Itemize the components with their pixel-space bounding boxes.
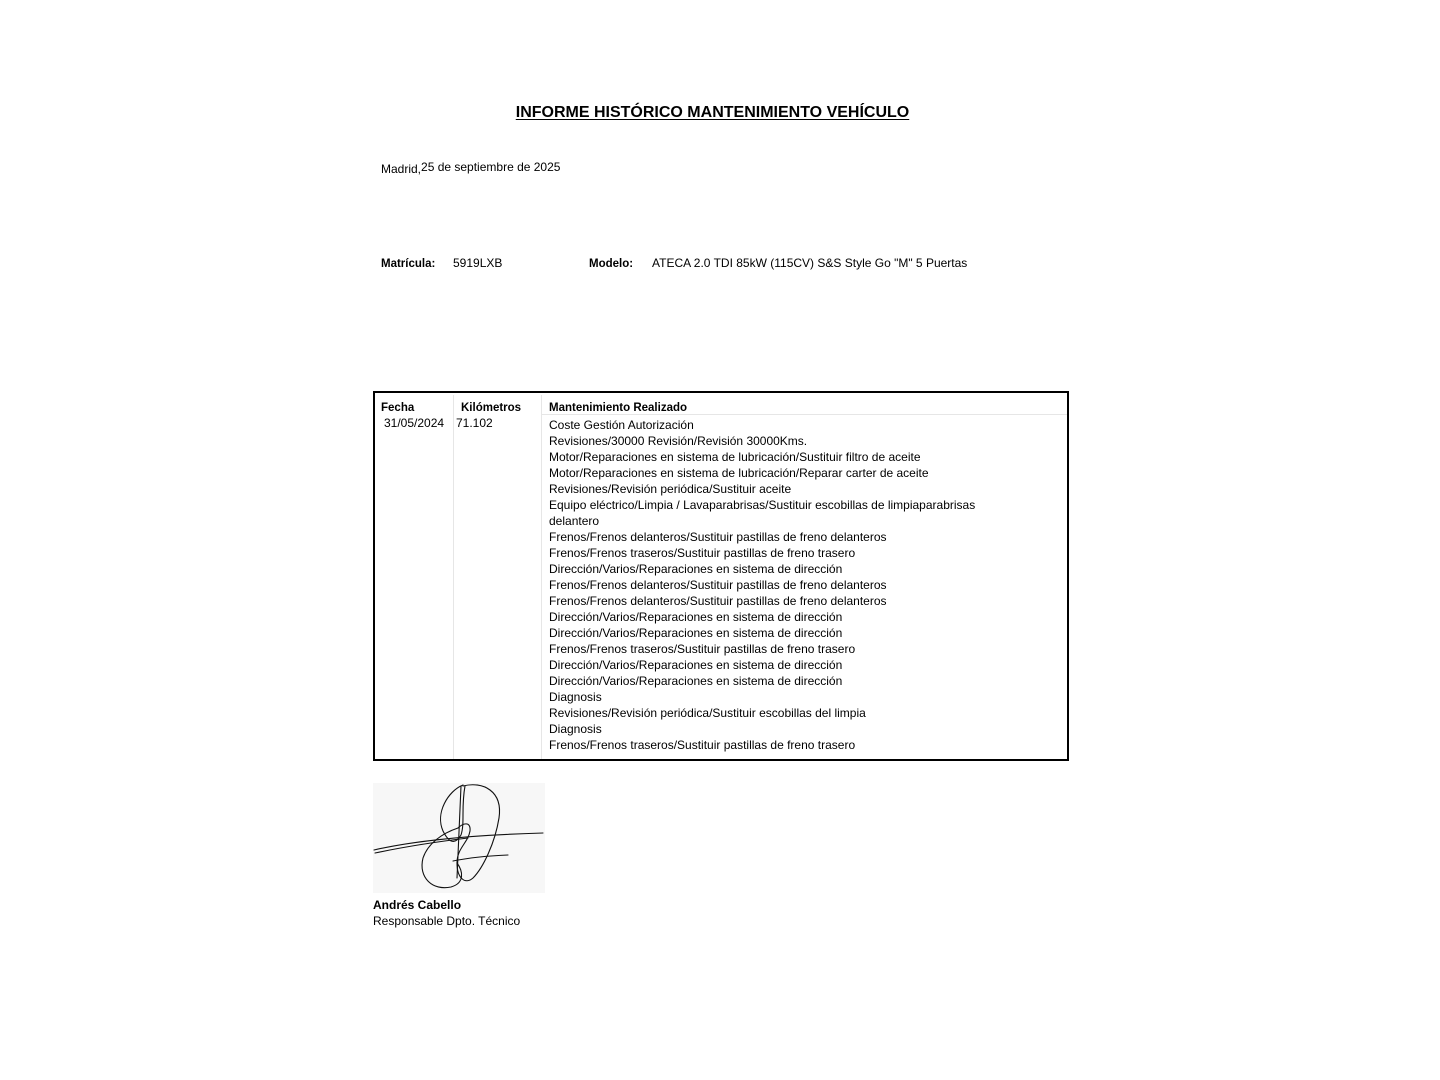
city: Madrid, xyxy=(381,162,421,176)
header-divider xyxy=(541,414,1067,415)
maintenance-item: Dirección/Varios/Reparaciones en sistema… xyxy=(549,625,975,641)
header-date: Fecha xyxy=(381,402,414,414)
header-km: Kilómetros xyxy=(461,402,521,414)
maintenance-item: Diagnosis xyxy=(549,689,975,705)
maintenance-item: Revisiones/Revisión periódica/Sustituir … xyxy=(549,481,975,497)
maintenance-item: Coste Gestión Autorización xyxy=(549,417,975,433)
signer-name: Andrés Cabello xyxy=(373,898,461,912)
maintenance-item: Revisiones/30000 Revisión/Revisión 30000… xyxy=(549,433,975,449)
maintenance-item: Frenos/Frenos delanteros/Sustituir pasti… xyxy=(549,577,975,593)
maintenance-item: Frenos/Frenos delanteros/Sustituir pasti… xyxy=(549,593,975,609)
model-label: Modelo: xyxy=(589,258,633,270)
maintenance-item: Frenos/Frenos delanteros/Sustituir pasti… xyxy=(549,529,975,545)
maintenance-item: Motor/Reparaciones en sistema de lubrica… xyxy=(549,465,975,481)
maintenance-item: Dirección/Varios/Reparaciones en sistema… xyxy=(549,673,975,689)
document-title: INFORME HISTÓRICO MANTENIMIENTO VEHÍCULO xyxy=(0,104,1425,122)
column-divider xyxy=(453,395,454,759)
column-divider xyxy=(541,395,542,759)
row-km: 71.102 xyxy=(456,416,493,430)
signature-icon xyxy=(373,783,545,893)
plate-value: 5919LXB xyxy=(453,256,502,270)
maintenance-item: Diagnosis xyxy=(549,721,975,737)
maintenance-table: Fecha Kilómetros Mantenimiento Realizado… xyxy=(373,391,1069,761)
row-date: 31/05/2024 xyxy=(384,416,444,430)
maintenance-item: delantero xyxy=(549,513,975,529)
maintenance-item: Dirección/Varios/Reparaciones en sistema… xyxy=(549,609,975,625)
maintenance-item: Dirección/Varios/Reparaciones en sistema… xyxy=(549,561,975,577)
signer-role: Responsable Dpto. Técnico xyxy=(373,914,520,928)
maintenance-item: Revisiones/Revisión periódica/Sustituir … xyxy=(549,705,975,721)
place-date: Madrid,25 de septiembre de 2025 xyxy=(381,160,560,174)
report-date: 25 de septiembre de 2025 xyxy=(421,160,560,174)
maintenance-items: Coste Gestión AutorizaciónRevisiones/300… xyxy=(549,417,975,753)
maintenance-item: Frenos/Frenos traseros/Sustituir pastill… xyxy=(549,545,975,561)
plate-label: Matrícula: xyxy=(381,258,435,270)
signature-image xyxy=(373,783,545,893)
maintenance-item: Dirección/Varios/Reparaciones en sistema… xyxy=(549,657,975,673)
maintenance-item: Equipo eléctrico/Limpia / Lavaparabrisas… xyxy=(549,497,975,513)
maintenance-item: Frenos/Frenos traseros/Sustituir pastill… xyxy=(549,641,975,657)
maintenance-item: Frenos/Frenos traseros/Sustituir pastill… xyxy=(549,737,975,753)
maintenance-item: Motor/Reparaciones en sistema de lubrica… xyxy=(549,449,975,465)
model-value: ATECA 2.0 TDI 85kW (115CV) S&S Style Go … xyxy=(652,256,967,270)
header-maintenance: Mantenimiento Realizado xyxy=(549,402,687,414)
